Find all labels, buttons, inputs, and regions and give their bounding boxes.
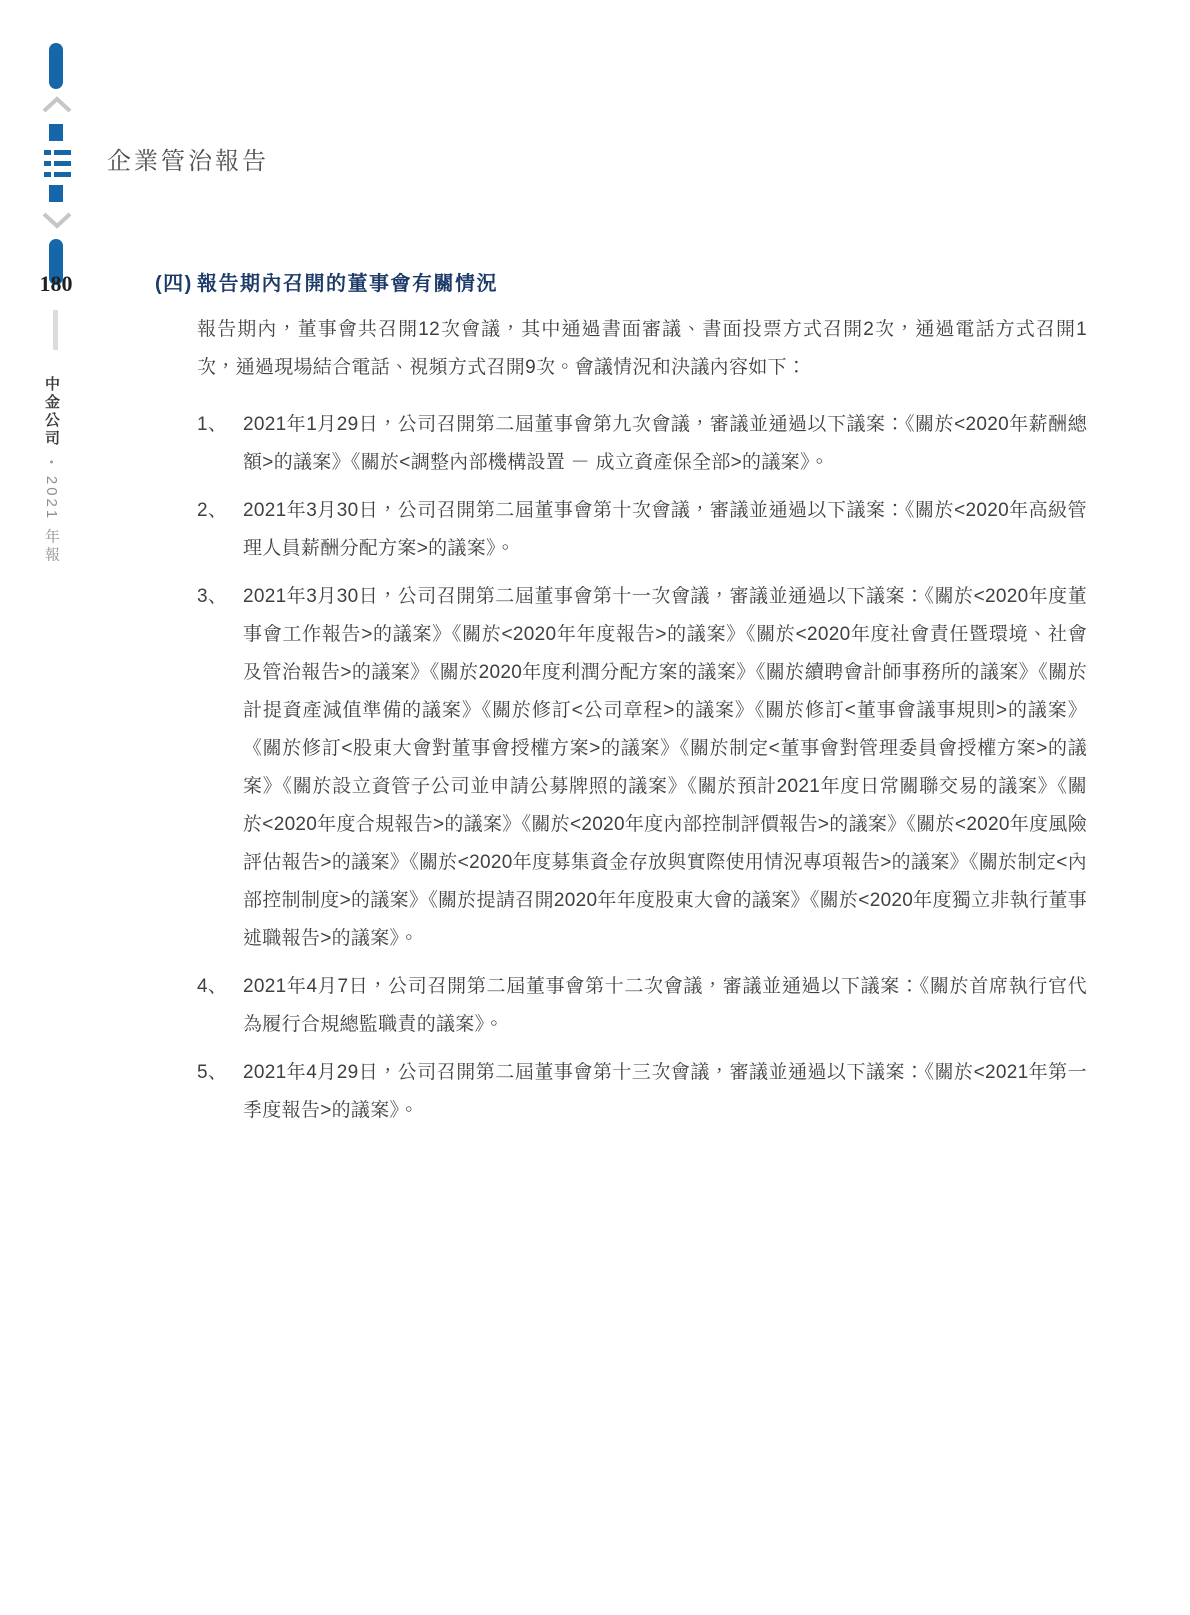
list-item-text: 2021年4月7日，公司召開第二屆董事會第十二次會議，審議並通過以下議案：《關於… [243,968,1087,1044]
list-item: 3、 2021年3月30日，公司召開第二屆董事會第十一次會議，審議並通過以下議案… [197,578,1087,958]
side-caption-company: 中金公司 [43,376,60,448]
report-page: 180 中金公司•2021 年報 企業管治報告 (四) 報告期內召開的董事會有關… [0,0,1190,1615]
chevron-up-icon[interactable] [42,96,72,113]
list-icon-line [54,161,71,166]
list-icon-line [54,150,71,155]
list-icon[interactable] [44,150,71,177]
side-caption-dot-icon: • [45,460,57,464]
list-item-number: 3、 [197,578,243,958]
page-number: 180 [30,271,82,297]
list-item-number: 2、 [197,492,243,568]
list-icon-line [54,172,71,177]
section-heading-title: 報告期內召開的董事會有關情況 [197,267,498,296]
list-item-text: 2021年3月30日，公司召開第二屆董事會第十次會議，審議並通過以下議案：《關於… [243,492,1087,568]
list-item-number: 1、 [197,406,243,482]
rail-accent-bar-top [49,43,63,89]
list-item: 5、 2021年4月29日，公司召開第二屆董事會第十三次會議，審議並通過以下議案… [197,1054,1087,1130]
list-icon-bullet [44,172,51,177]
side-caption-year: 2021 年報 [43,476,60,565]
section-heading-label: (四) [155,267,197,296]
list-item: 1、 2021年1月29日，公司召開第二屆董事會第九次會議，審議並通過以下議案：… [197,406,1087,482]
list-item-text: 2021年1月29日，公司召開第二屆董事會第九次會議，審議並通過以下議案：《關於… [243,406,1087,482]
meeting-list: 1、 2021年1月29日，公司召開第二屆董事會第九次會議，審議並通過以下議案：… [197,406,1087,1130]
list-item-text: 2021年3月30日，公司召開第二屆董事會第十一次會議，審議並通過以下議案：《關… [243,578,1087,958]
page-number-tick [53,310,58,350]
list-item: 4、 2021年4月7日，公司召開第二屆董事會第十二次會議，審議並通過以下議案：… [197,968,1087,1044]
list-item-number: 4、 [197,968,243,1044]
intro-paragraph: 報告期內，董事會共召開12次會議，其中通過書面審議、書面投票方式召開2次，通過電… [197,311,1087,387]
side-caption: 中金公司•2021 年報 [44,376,59,564]
list-icon-bullet [44,161,51,166]
rail-accent-bar-small-2 [49,185,63,202]
section-heading: (四) 報告期內召開的董事會有關情況 [155,267,498,296]
chapter-title: 企業管治報告 [107,141,269,176]
list-item-text: 2021年4月29日，公司召開第二屆董事會第十三次會議，審議並通過以下議案：《關… [243,1054,1087,1130]
rail-accent-bar-small-1 [49,124,63,141]
list-item-number: 5、 [197,1054,243,1130]
section-body: 報告期內，董事會共召開12次會議，其中通過書面審議、書面投票方式召開2次，通過電… [197,311,1087,1140]
list-item: 2、 2021年3月30日，公司召開第二屆董事會第十次會議，審議並通過以下議案：… [197,492,1087,568]
list-icon-bullet [44,150,51,155]
chevron-down-icon[interactable] [42,212,72,229]
